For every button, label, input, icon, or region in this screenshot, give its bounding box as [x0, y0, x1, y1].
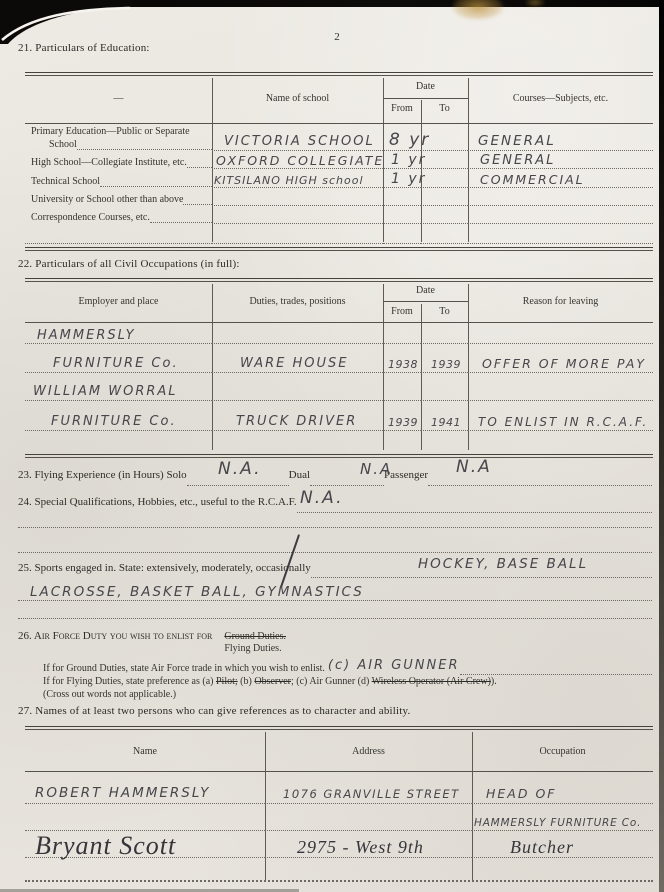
education-table: — Name of school Date From To Courses—Su… [25, 72, 653, 251]
flying-pref-prefix: If for Flying Duties, state preference a… [43, 676, 216, 687]
handwritten-from: 1938 [383, 359, 418, 370]
education-row: Correspondence Courses, etc. [25, 206, 653, 224]
flying-experience-line: 23. Flying Experience (in Hours) Solo Du… [18, 469, 652, 487]
handwritten-course: GENERAL [468, 154, 555, 167]
sports-line-2: LACROSSE, BASKET BALL, GYMNASTICS [18, 585, 652, 601]
handwritten-course: GENERAL [468, 135, 556, 149]
reference-row: HAMMERSLY FURNITURE Co. [25, 804, 653, 831]
row-label: High School—Collegiate Institute, etc. [31, 157, 187, 170]
scanned-rcaf-form-page: { "page": {"number": "2"}, "edu": { "tit… [0, 0, 664, 892]
occupation-row: WILLIAM WORRAL [25, 373, 653, 401]
handwritten-ref-signature: Bryant Scott [25, 834, 176, 857]
scan-edge-right [659, 0, 664, 892]
handwritten-ref-address: 2975 - West 9th [265, 839, 424, 855]
handwritten-dual-value: N.A [360, 462, 392, 477]
handwritten-ground-trade: (c) AIR GUNNER [328, 659, 460, 672]
row-label-2: School [31, 139, 77, 152]
row-label: Primary Education—Public or Separate [31, 126, 212, 139]
col-header-dash: — [25, 93, 212, 104]
occupation-row [25, 431, 653, 452]
col-header-date: Date [383, 81, 468, 92]
table-bottom-rule [25, 454, 653, 458]
paper-page: 2 21. Particulars of Education: — Name o… [0, 0, 664, 892]
col-header-to: To [421, 103, 468, 114]
table-bottom-dotted-rule [25, 880, 653, 882]
handwritten-employer: FURNITURE Co. [25, 357, 179, 370]
flying-pref-mid1: (b) [238, 676, 255, 687]
ground-trade-label: If for Ground Duties, state Air Force tr… [43, 663, 325, 674]
flying-experience-label: 23. Flying Experience (in Hours) Solo [18, 469, 187, 481]
handwritten-course: COMMERCIAL [468, 174, 585, 187]
handwritten-to: 1941 [421, 417, 461, 428]
flying-duties-kept: Flying Duties. [224, 643, 286, 655]
handwritten-ref-occupation: HAMMERSLY FURNITURE Co. [472, 818, 641, 829]
handwritten-employer: WILLIAM WORRAL [25, 385, 178, 398]
col-header-name: Name [25, 746, 265, 757]
handwritten-employer: FURNITURE Co. [25, 415, 177, 428]
flying-preference-line: If for Flying Duties, state preference a… [43, 676, 652, 687]
qualifications-label: 24. Special Qualifications, Hobbies, etc… [18, 496, 297, 508]
col-header-from: From [383, 306, 421, 317]
education-table-header: — Name of school Date From To Courses—Su… [25, 76, 653, 123]
handwritten-ref-occupation: HEAD OF [472, 788, 556, 801]
date-header-rule [383, 98, 468, 99]
col-header-to: To [421, 306, 468, 317]
date-header-rule [383, 301, 468, 302]
education-row [25, 224, 653, 244]
occupations-table: Employer and place Duties, trades, posit… [25, 278, 653, 458]
dual-label: Dual [289, 469, 310, 481]
air-force-duty-line: 26. Air Force Duty you wish to enlist fo… [18, 630, 652, 655]
col-header-courses: Courses—Subjects, etc. [468, 93, 653, 104]
col-header-address: Address [265, 746, 472, 757]
flying-pref-suffix: ). [491, 676, 497, 687]
col-header-school: Name of school [212, 93, 383, 104]
sports-label: 25. Sports engaged in. State: extensivel… [18, 562, 311, 574]
handwritten-reason: OFFER OF MORE PAY [468, 358, 646, 371]
occupation-row: HAMMERSLY [25, 322, 653, 344]
education-row: Primary Education—Public or SeparateScho… [25, 123, 653, 151]
air-force-duty-label: 26. Air Force Duty you wish to enlist fo… [18, 630, 212, 642]
section-27-title: 27. Names of at least two persons who ca… [18, 705, 410, 717]
sports-line-1: 25. Sports engaged in. State: extensivel… [18, 562, 652, 579]
col-header-occupation: Occupation [472, 746, 653, 757]
handwritten-school: OXFORD COLLEGIATE [212, 155, 384, 168]
wireless-struck: Wireless Operator (Air Crew) [372, 676, 491, 687]
handwritten-passenger-value: N.A [456, 459, 492, 476]
handwritten-school: KITSILANO HIGH school [212, 175, 364, 186]
handwritten-from: 1939 [383, 417, 418, 428]
handwritten-duties: TRUCK DRIVER [212, 415, 357, 428]
references-table-header: Name Address Occupation [25, 730, 653, 771]
handwritten-to: 1939 [421, 359, 461, 370]
row-label: Technical School [31, 176, 100, 189]
observer-struck: Observer [254, 676, 291, 687]
col-header-duties: Duties, trades, positions [212, 296, 383, 307]
handwritten-duties: WARE HOUSE [212, 357, 348, 370]
handwritten-ref-name: ROBERT HAMMERSLY [25, 787, 210, 801]
page-corner-fold [0, 0, 132, 44]
education-row: Technical School KITSILANO HIGH school 1… [25, 169, 653, 188]
reference-row: ROBERT HAMMERSLY 1076 GRANVILLE STREET H… [25, 771, 653, 804]
handwritten-school: VICTORIA SCHOOL [212, 135, 375, 148]
reference-row: Bryant Scott 2975 - West 9th Butcher [25, 831, 653, 858]
row-label: University or School other than above [31, 194, 183, 207]
handwritten-solo-value: N.A. [218, 461, 261, 478]
handwritten-employer: HAMMERSLY [25, 329, 136, 342]
qualifications-line: 24. Special Qualifications, Hobbies, etc… [18, 496, 652, 514]
ground-duties-struck: Ground Duties. [224, 631, 286, 643]
occupation-row: FURNITURE Co. WARE HOUSE 1938 1939 OFFER… [25, 344, 653, 373]
occupations-table-header: Employer and place Duties, trades, posit… [25, 282, 653, 322]
reference-row [25, 858, 653, 882]
handwritten-sports-1: HOCKEY, BASE BALL [418, 558, 588, 572]
col-header-date: Date [383, 285, 468, 296]
table-bottom-rule [25, 247, 653, 251]
section-22-title: 22. Particulars of all Civil Occupations… [18, 258, 240, 270]
education-row: High School—Collegiate Institute, etc. O… [25, 151, 653, 169]
handwritten-ref-address: 1076 GRANVILLE STREET [265, 789, 460, 801]
references-table: Name Address Occupation ROBERT HAMMERSLY… [25, 726, 653, 882]
blank-dotted-line [18, 521, 652, 528]
occupation-row: FURNITURE Co. TRUCK DRIVER 1939 1941 TO … [25, 401, 653, 431]
handwritten-reason: TO ENLIST IN R.C.A.F. [468, 416, 648, 428]
handwritten-slash-mark [280, 534, 300, 588]
col-header-from: From [383, 103, 421, 114]
handwritten-ref-occupation: Butcher [472, 839, 574, 855]
col-header-reason: Reason for leaving [468, 296, 653, 307]
pilot-struck: Pilot; [216, 676, 238, 687]
blank-dotted-line [18, 546, 652, 553]
flying-pref-mid2: ; (c) Air Gunner (d) [291, 676, 372, 687]
handwritten-qualifications-value: N.A. [300, 490, 343, 507]
education-row: University or School other than above [25, 188, 653, 206]
row-label: Correspondence Courses, etc. [31, 212, 150, 225]
handwritten-sports-2: LACROSSE, BASKET BALL, GYMNASTICS [30, 586, 364, 600]
blank-dotted-line [18, 612, 652, 619]
ground-trade-line: If for Ground Duties, state Air Force tr… [43, 661, 652, 676]
col-header-employer: Employer and place [25, 296, 212, 307]
cross-out-note: (Cross out words not applicable.) [43, 689, 176, 700]
